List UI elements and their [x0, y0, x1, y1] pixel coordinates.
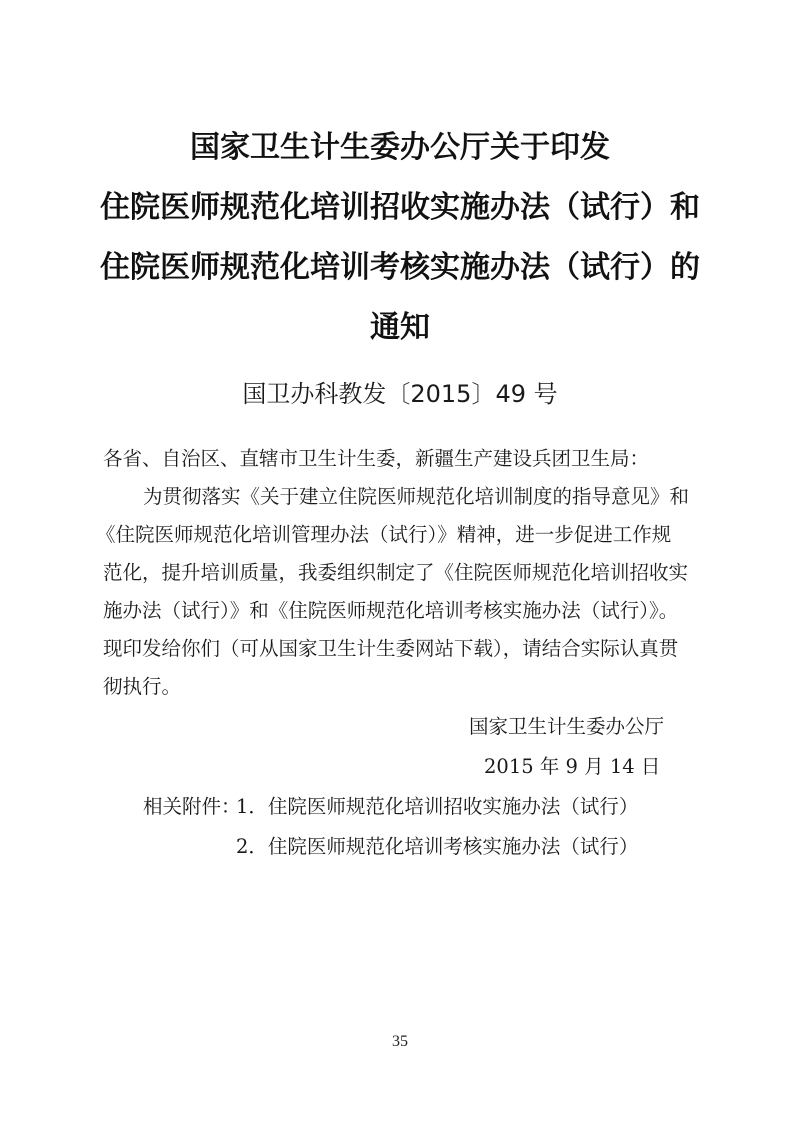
body-line-6: 彻执行。	[103, 672, 181, 702]
page-number: 35	[0, 1032, 800, 1052]
title-line-3: 住院医师规范化培训考核实施办法（试行）的	[0, 248, 800, 288]
body-line-3: 范化，提升培训质量，我委组织制定了《住院医师规范化培训招收实	[103, 558, 688, 588]
salutation: 各省、自治区、直辖市卫生计生委，新疆生产建设兵团卫生局：	[103, 444, 649, 474]
attachment-item-1: 1．住院医师规范化培训招收实施办法（试行）	[236, 792, 638, 822]
issue-date: 2015 年 9 月 14 日	[484, 752, 660, 782]
body-line-4: 施办法（试行）》和《住院医师规范化培训考核实施办法（试行）》。	[103, 596, 678, 626]
issuer-signature: 国家卫生计生委办公厅	[469, 712, 664, 742]
title-line-1: 国家卫生计生委办公厅关于印发	[0, 128, 800, 168]
body-line-1: 为贯彻落实《关于建立住院医师规范化培训制度的指导意见》和	[143, 482, 689, 512]
title-line-4: 通知	[0, 308, 800, 348]
body-line-5: 现印发给你们（可从国家卫生计生委网站下载），请结合实际认真贯	[103, 634, 678, 664]
attachments-label: 相关附件：	[143, 792, 241, 822]
body-line-2: 《住院医师规范化培训管理办法（试行）》精神，进一步促进工作规	[96, 520, 671, 550]
document-number: 国卫办科教发〔2015〕49 号	[0, 374, 800, 414]
title-line-2: 住院医师规范化培训招收实施办法（试行）和	[0, 188, 800, 228]
attachment-item-2: 2．住院医师规范化培训考核实施办法（试行）	[236, 832, 638, 862]
